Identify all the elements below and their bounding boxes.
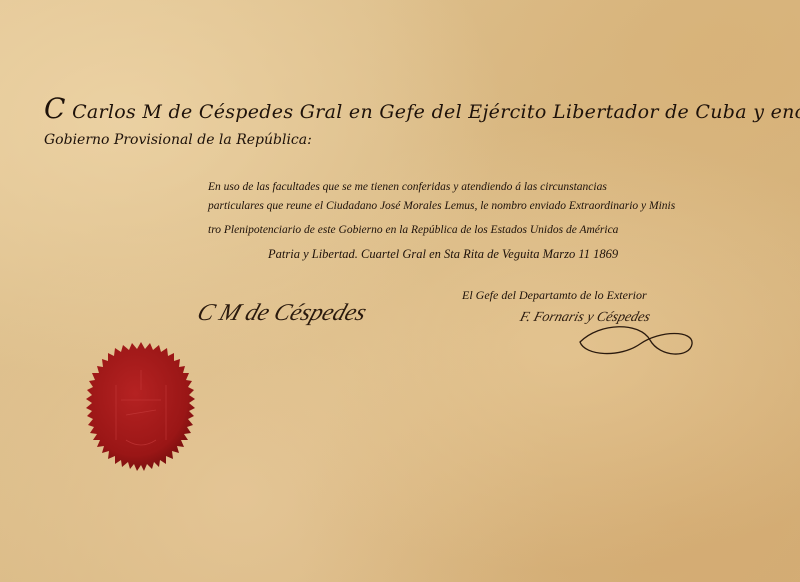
body-line-3: tro Plenipotenciario de este Gobierno en…	[208, 224, 618, 236]
body-line-4-date: Patria y Libertad. Cuartel Gral en Sta R…	[268, 247, 618, 262]
header-initial: C	[44, 92, 66, 125]
signature-flourish-icon	[570, 322, 700, 362]
header-line-2: Gobierno Provisional de la República:	[44, 132, 312, 148]
body-line-2: particulares que reune el Ciudadano José…	[208, 200, 675, 212]
signature-cespedes: C M de Céspedes	[194, 300, 370, 327]
body-line-1: En uso de las facultades que se me tiene…	[208, 181, 607, 193]
parchment-background	[0, 0, 800, 582]
header-line-1-text: Carlos M de Céspedes Gral en Gefe del Ej…	[72, 101, 800, 123]
header-line-1: C Carlos M de Céspedes Gral en Gefe del …	[44, 92, 800, 125]
department-title: El Gefe del Departamto de lo Exterior	[462, 288, 647, 303]
wax-seal-icon	[66, 340, 216, 490]
